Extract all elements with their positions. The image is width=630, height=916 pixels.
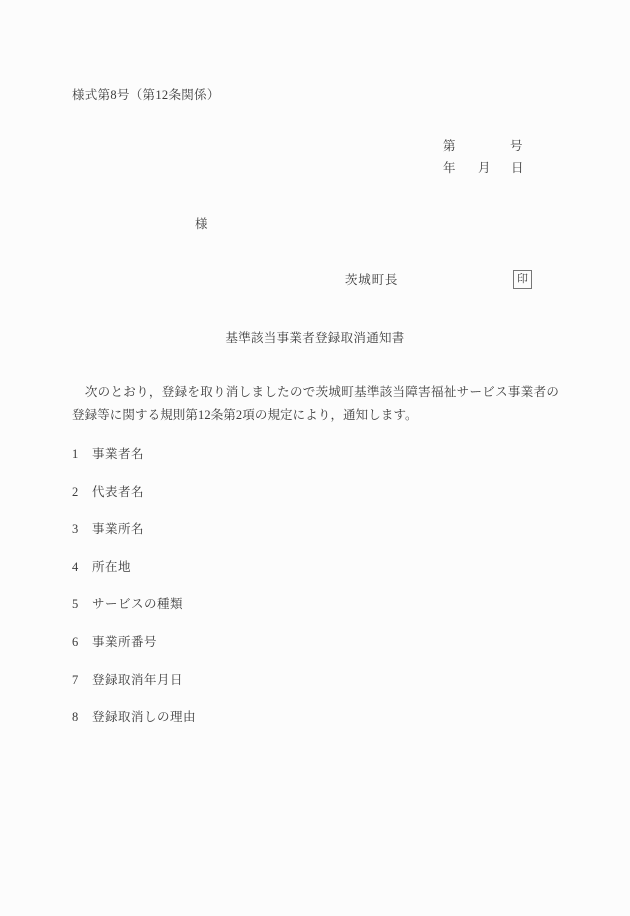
- item-label: 事業所名: [92, 521, 144, 537]
- list-item: 6 事業所番号: [72, 634, 559, 650]
- item-list: 1 事業者名 2 代表者名 3 事業所名 4 所在地 5 サービスの種類 6 事…: [72, 446, 559, 725]
- item-label: 事業所番号: [92, 634, 157, 650]
- doc-number-prefix: 第: [443, 138, 456, 154]
- list-item: 8 登録取消しの理由: [72, 709, 559, 725]
- item-number: 8: [72, 709, 92, 725]
- list-item: 7 登録取消年月日: [72, 672, 559, 688]
- item-label: サービスの種類: [92, 596, 183, 612]
- date-year-label: 年: [443, 160, 456, 176]
- item-number: 3: [72, 521, 92, 537]
- list-item: 2 代表者名: [72, 484, 559, 500]
- date-month-label: 月: [478, 160, 491, 176]
- item-label: 事業者名: [92, 446, 144, 462]
- item-label: 登録取消年月日: [92, 672, 183, 688]
- item-number: 7: [72, 672, 92, 688]
- item-number: 2: [72, 484, 92, 500]
- document-page: 様式第8号（第12条関係） 第 号 年 月 日 様 茨城町長 印 基準該当事業者…: [0, 0, 630, 916]
- sender-title: 茨城町長: [345, 272, 398, 288]
- item-label: 所在地: [92, 559, 131, 575]
- list-item: 4 所在地: [72, 559, 559, 575]
- sender-line: 茨城町長 印: [0, 270, 630, 292]
- item-number: 1: [72, 446, 92, 462]
- list-item: 5 サービスの種類: [72, 596, 559, 612]
- list-item: 1 事業者名: [72, 446, 559, 462]
- seal-box: 印: [513, 270, 532, 289]
- body-paragraph: 次のとおり，登録を取り消しましたので茨城町基準該当障害福祉サービス事業者の登録等…: [72, 381, 559, 427]
- seal-label: 印: [517, 274, 528, 285]
- item-number: 4: [72, 559, 92, 575]
- item-label: 登録取消しの理由: [92, 709, 196, 725]
- addressee-honorific: 様: [195, 216, 208, 232]
- doc-number-suffix: 号: [510, 138, 523, 154]
- list-item: 3 事業所名: [72, 521, 559, 537]
- date-day-label: 日: [511, 160, 524, 176]
- document-title: 基準該当事業者登録取消通知書: [0, 330, 630, 346]
- item-number: 5: [72, 596, 92, 612]
- item-label: 代表者名: [92, 484, 144, 500]
- form-number: 様式第8号（第12条関係）: [72, 87, 220, 103]
- item-number: 6: [72, 634, 92, 650]
